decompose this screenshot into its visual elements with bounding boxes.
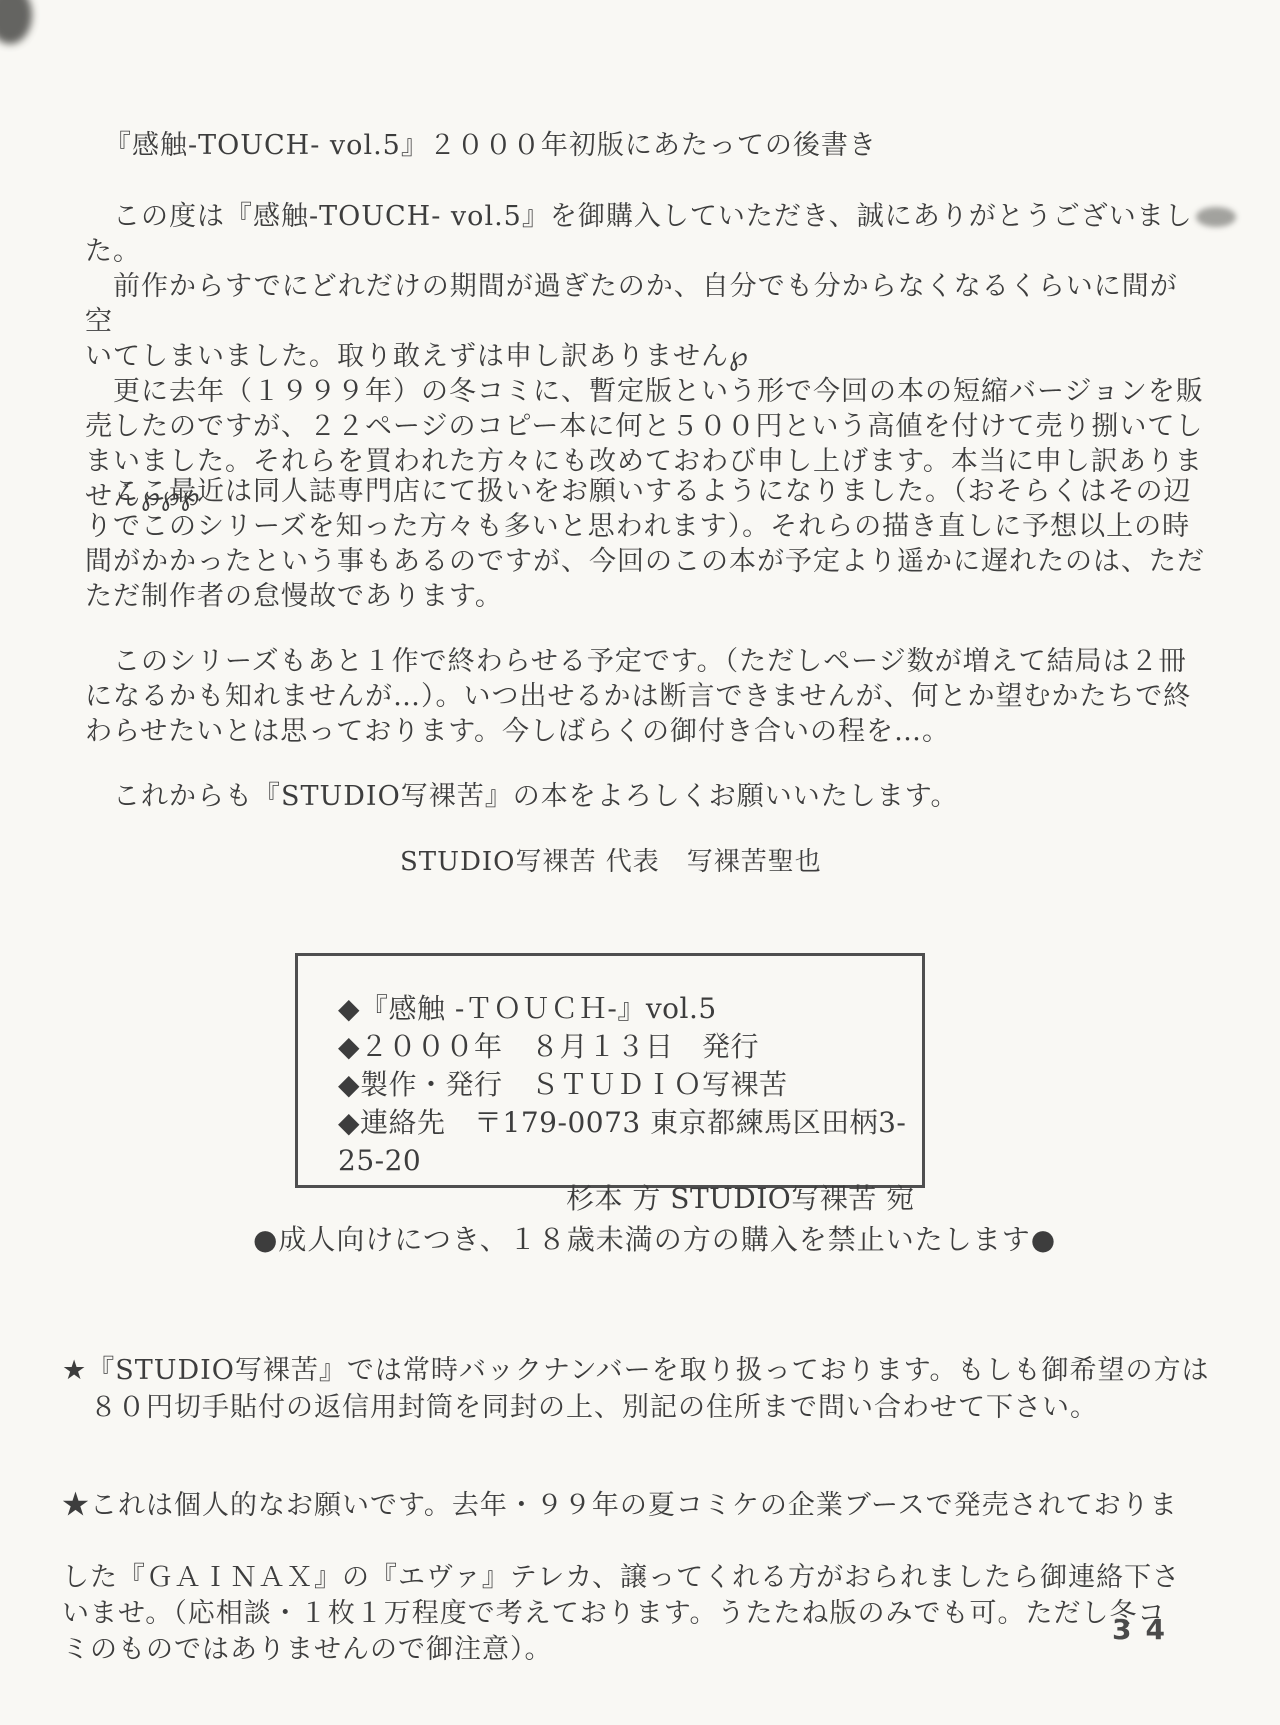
scanned-afterword-page: 『感触-TOUCH- vol.5』２０００年初版にあたっての後書き この度は『感… [0,0,1280,1725]
paragraph-apology: この度は『感触-TOUCH- vol.5』を御購入していただき、誠にありがとうご… [85,199,1205,514]
note-personal-request: ★これは個人的なお願いです。去年・９９年の夏コミケの企業ブースで発売されておりま… [62,1452,1212,1704]
note-personal-request-rest: した『ＧＡＩＮＡＸ』の『エヴァ』テレカ、譲ってくれる方がおられましたら御連絡下さ… [62,1560,1212,1668]
request-line1-post: の企業ブースで発売されておりま [760,1490,1178,1521]
note-backnumber: ★『STUDIO写裸苦』では常時バックナンバーを取り扱っております。もしも御希望… [62,1352,1212,1426]
colophon-lines: ◆『感触 -ＴＯＵＣＨ-』vol.5 ◆２０００年 ８月１３日 発行 ◆製作・発… [338,990,922,1218]
request-line1-pre: ★これは個人的なお願いです。去年・９９年の夏 [62,1490,676,1521]
note-personal-request-line1: ★これは個人的なお願いです。去年・９９年の夏コミケの企業ブースで発売されておりま [62,1488,1212,1524]
paragraph-doujin-shops: ここ最近は同人誌専門店にて扱いをお願いするようになりました。（おそらくはその辺 … [85,474,1205,614]
request-line1-emphasized-word: コミケ [676,1490,760,1521]
age-restriction-warning: ●成人向けにつき、１８歳未満の方の購入を禁止いたします● [253,1222,1056,1257]
page-number: 34 [1112,1612,1179,1647]
afterword-title: 『感触-TOUCH- vol.5』２０００年初版にあたっての後書き [104,128,877,163]
scan-artifact-top-left [0,0,32,44]
paragraph-series-plan: このシリーズもあと１作で終わらせる予定です。（ただしページ数が増えて結局は２冊 … [85,644,1205,749]
paragraph-thanks: これからも『STUDIO写裸苦』の本をよろしくお願いいたします。 [85,779,1205,814]
signature-line: STUDIO写裸苦 代表 写裸苦聖也 [400,845,822,880]
colophon-box: ◆『感触 -ＴＯＵＣＨ-』vol.5 ◆２０００年 ８月１３日 発行 ◆製作・発… [295,953,925,1188]
